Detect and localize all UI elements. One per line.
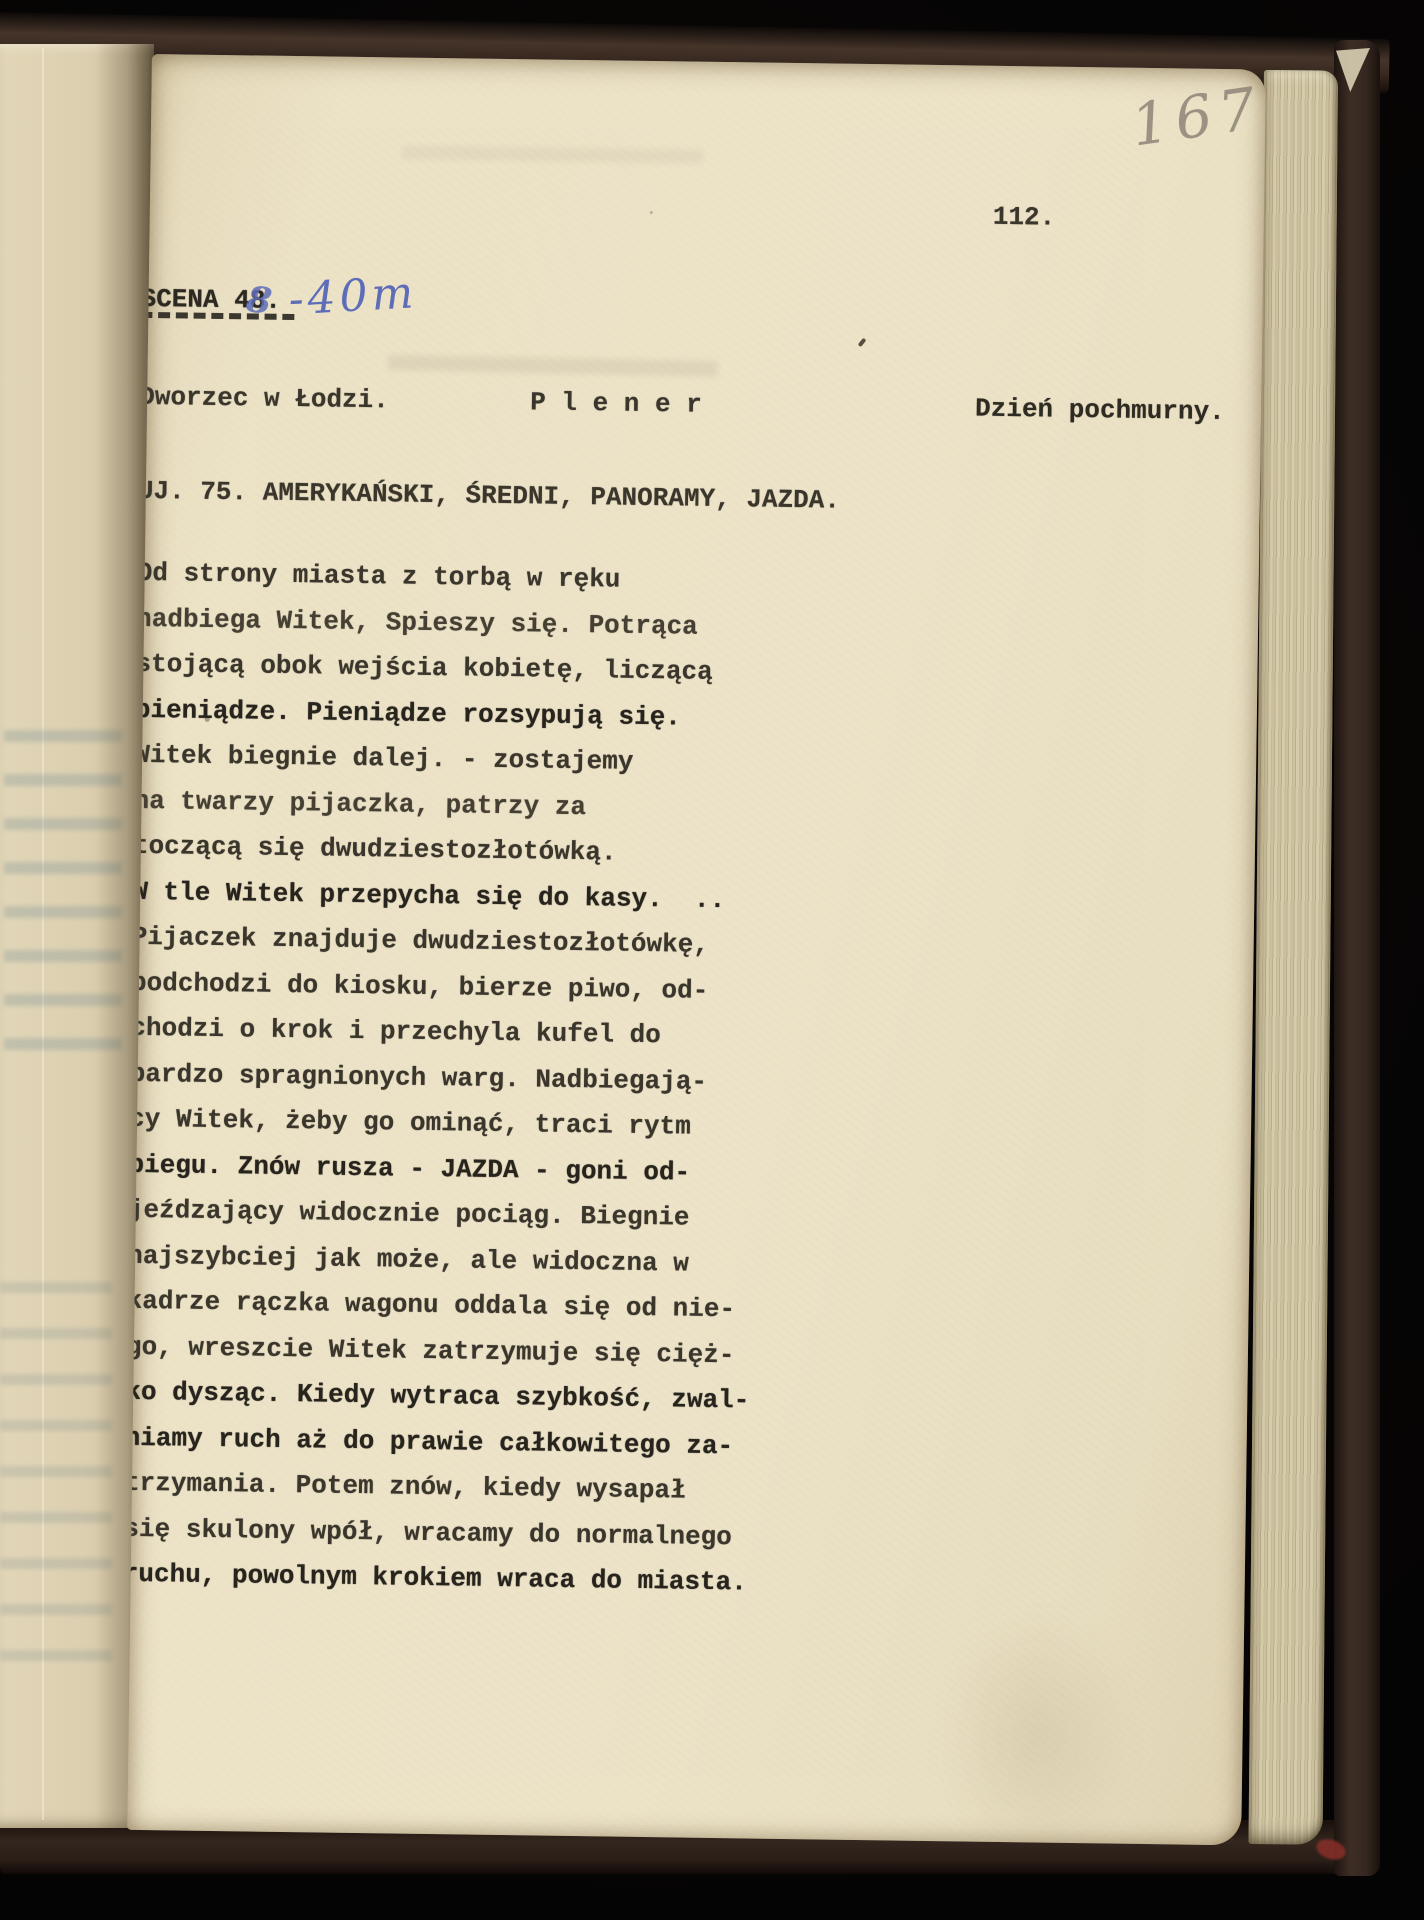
script-line: biegu. Znów rusza - JAZDA - goni od- xyxy=(128,1148,690,1190)
script-line: ruchu, powolnym krokiem wraca do miasta. xyxy=(127,1557,747,1600)
script-line: na twarzy pijaczka, patrzy za xyxy=(133,784,586,824)
script-line: niamy ruch aż do prawie całkowitego za- xyxy=(127,1421,733,1463)
script-line: Od strony miasta z torbą w ręku xyxy=(137,556,621,597)
script-line: kadrze rączka wagonu oddala się od nie- xyxy=(127,1284,735,1326)
script-line: trzymania. Potem znów, kiedy wysapał xyxy=(127,1466,686,1508)
book-photo: 167 112. SCENA 48. 8 -40m Dworzec w Łodz… xyxy=(0,0,1424,1920)
script-line: stojącą obok wejścia kobietę, liczącą xyxy=(135,647,713,689)
book-cover-right-edge xyxy=(1334,40,1380,1876)
script-line: Pijaczek znajduje dwudziestozłotówkę, xyxy=(131,920,709,962)
script-line: podchodzi do kiosku, bierze piwo, od- xyxy=(131,966,709,1008)
script-line: jeźdzający widocznie pociąg. Biegnie xyxy=(128,1193,690,1235)
script-line: bardzo spragnionych warg. Nadbiegają- xyxy=(130,1057,708,1099)
script-line: W tle Witek przepycha się do kasy. .. xyxy=(132,875,725,917)
script-line: cy Witek, żeby go ominąć, traci rytm xyxy=(129,1102,691,1144)
script-line: nadbiega Witek, Spieszy się. Potrąca xyxy=(136,602,698,644)
script-line: ko dysząc. Kiedy wytraca szybkość, zwal- xyxy=(127,1375,749,1418)
script-line: toczącą się dwudziestozłotówką. xyxy=(133,829,617,870)
script-line: się skulony wpół, wracamy do normalnego xyxy=(127,1512,732,1554)
script-body: Od strony miasta z torbą w rękunadbiega … xyxy=(127,54,1266,1845)
script-line: go, wreszcie Witek zatrzymuje się cięż- xyxy=(127,1330,734,1372)
script-line: najszybciej jak może, ale widoczna w xyxy=(127,1239,689,1281)
script-line: Witek biegnie dalej. - zostajemy xyxy=(134,738,634,779)
script-line: chodzi o krok i przechyla kufel do xyxy=(130,1011,661,1052)
script-line: pieniądze. Pieniądze rozsypują się. xyxy=(135,693,682,735)
script-page: 167 112. SCENA 48. 8 -40m Dworzec w Łodz… xyxy=(127,54,1266,1845)
